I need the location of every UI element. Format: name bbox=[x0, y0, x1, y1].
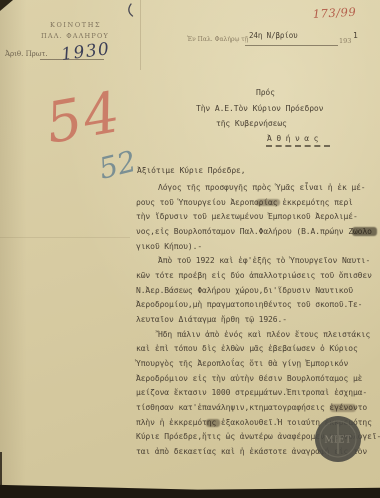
date-year-digit-typed: 1 bbox=[353, 31, 358, 40]
corner-tear bbox=[0, 0, 13, 11]
body-line: Λόγος τῆς προσφυγῆς πρὸς Ὑμᾶς εἶναι ἡ ἐκ… bbox=[158, 183, 366, 192]
blue-pencil-number: 52 bbox=[95, 144, 139, 186]
body-line: Ἀπὸ τοῦ 1922 καὶ ἐφ'ἑξῆς τὸ Ὑπουργεῖον Ν… bbox=[158, 256, 370, 265]
date-underline bbox=[245, 35, 338, 46]
body-line: Ὑπουργὸς τῆς Ἀεροπλοΐας ὅτι θὰ γίνῃ Ἐμπο… bbox=[136, 359, 348, 368]
body-line: Ἤδη πάλιν ἀπὸ ἑνός καὶ πλέον ἔτους πλεισ… bbox=[158, 330, 370, 339]
pen-tick-mark bbox=[129, 4, 133, 16]
scanned-letter-page: ΚΟΙΝΟΤΗΣ ΠΑΛ. ΦΑΛΗΡΟΥ Ἀριθ. Πρωτ. Ἐν Παλ… bbox=[0, 0, 380, 498]
body-line: ρους τοῦ Ὑπουργείου Ἀεροπορίας ἐκκρεμότη… bbox=[136, 198, 353, 207]
red-pencil-number: 54 bbox=[41, 80, 126, 157]
typewriter-smudge bbox=[206, 419, 220, 427]
letterhead-org-location: ΠΑΛ. ΦΑΛΗΡΟΥ bbox=[41, 32, 109, 40]
body-line: Ἀεροδρομίου,μὴ πραγματοποιηθέντος τοῦ σκ… bbox=[136, 300, 362, 309]
body-line: τὴν ἵδρυσιν τοῦ μελετωμένου Ἐμπορικοῦ Ἀε… bbox=[136, 212, 358, 221]
body-line: Ν.Ἀερ.Βάσεως Φαλήρου χώρου,δι'ἵδρυσιν Να… bbox=[136, 286, 353, 295]
recipient-line1: Τὴν Α.Ε.Τὸν Κύριον Πρόεδρον bbox=[196, 104, 323, 113]
typewriter-smudge bbox=[256, 199, 280, 206]
typewriter-smudge bbox=[330, 404, 356, 412]
body-line: καὶ ἐπὶ τόπου δὶς ἐλθὼν μᾶς ἐβεβαίωσεν ὁ… bbox=[136, 344, 358, 353]
body-line: γικοῦ Κήπου).- bbox=[136, 242, 202, 251]
body-line: Ἀεροδρόμιον εἰς τὴν αὐτὴν θέσιν Βουρλοπό… bbox=[136, 374, 362, 383]
horizontal-crease bbox=[0, 237, 130, 238]
recipient-heading: Πρός bbox=[256, 88, 275, 97]
body-line: Κύριε Πρόεδρε,ἥτις ὡς ἀνωτέρω ἀναφέρομεν… bbox=[136, 432, 380, 441]
date-place-printed: Ἐν Παλ. Φαλήρῳ τῇ bbox=[187, 36, 248, 43]
body-line: λευταῖον Διάταγμα ἤρθη τῷ 1926.- bbox=[136, 315, 287, 324]
protocol-underline bbox=[40, 49, 104, 60]
typewriter-smudge bbox=[352, 227, 377, 236]
bottom-scan-edge bbox=[0, 482, 380, 498]
letterhead-org-name: ΚΟΙΝΟΤΗΣ bbox=[50, 21, 101, 29]
body-line: μείζονα ἔκτασιν 1000 στρεμμάτων.Ἐπιτροπα… bbox=[136, 388, 367, 397]
vertical-crease bbox=[140, 0, 141, 70]
body-line: ται ἀπὸ δεκαετίας καὶ ἡ ἑκάστοτε ἀναγραφ… bbox=[136, 447, 367, 456]
body-line: κῶν τότε προέβη εἰς δύο ἀπαλλοτριώσεις τ… bbox=[136, 271, 372, 280]
body-line: πλὴν ἡ ἐκκρεμότης ἐξακολουθεῖ.Ἡ τοιαύτη … bbox=[136, 418, 372, 427]
recipient-line2: τῆς Κυβερνήσεως bbox=[216, 119, 287, 128]
recipient-underline bbox=[266, 137, 330, 147]
salutation: Ἀξιότιμε Κύριε Πρόεδρε, bbox=[137, 166, 245, 175]
body-line: νος,εἰς Βουρλοπόταμον Παλ.Φαλήρου (Β.Α.π… bbox=[136, 227, 372, 236]
archival-ref-red: 173/99 bbox=[312, 5, 356, 21]
date-year-printed: 193 bbox=[339, 37, 351, 45]
